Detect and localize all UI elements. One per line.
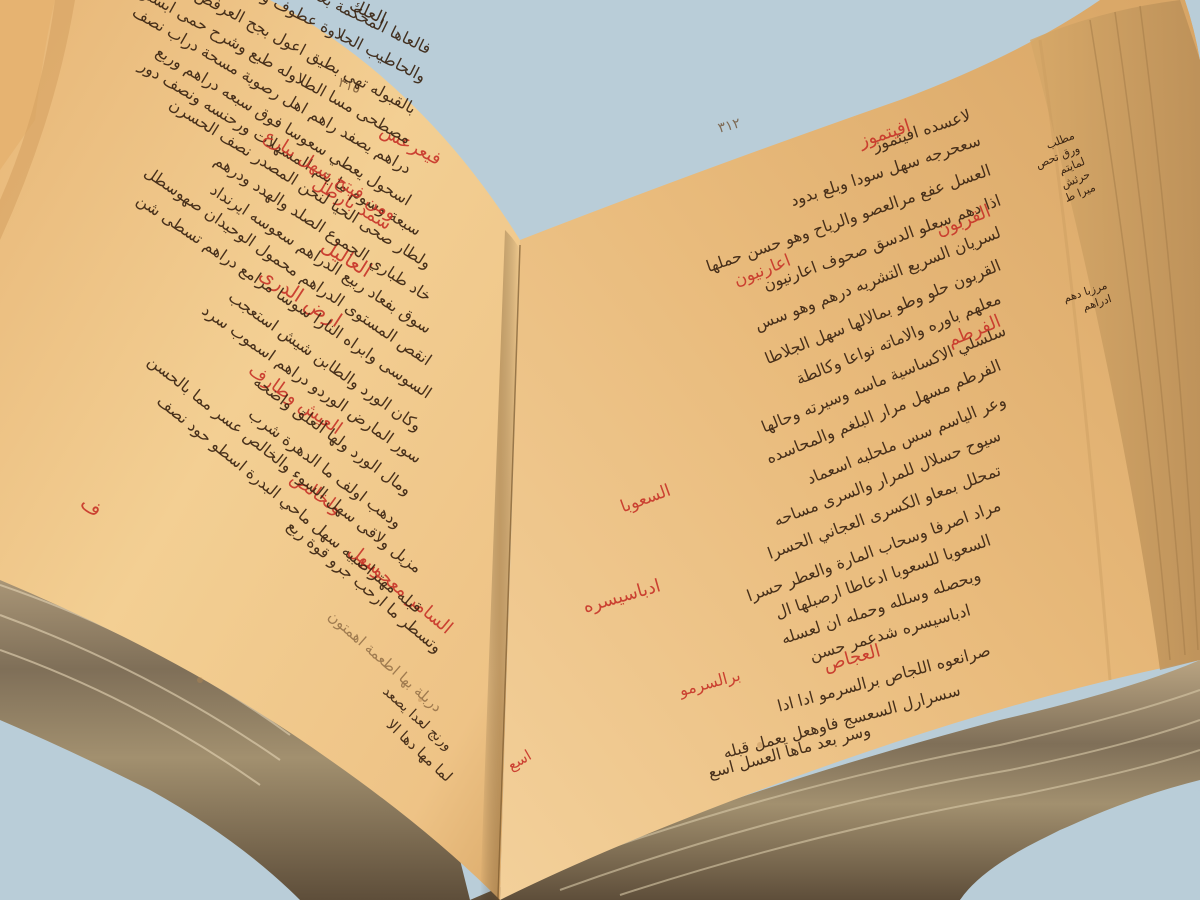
manuscript-photo: [0, 0, 1200, 900]
